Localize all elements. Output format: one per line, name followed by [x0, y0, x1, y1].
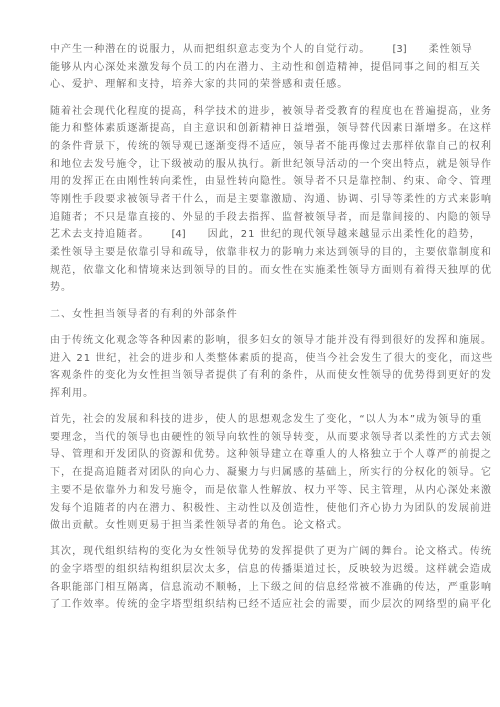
text-line: 进入 21 世纪，社会的进步和人类整体素质的提高，使当今社会发生了很大的变化，而…	[50, 350, 452, 368]
paragraph: 中产生一种潜在的说服力，从而把组织意志变为个人的自觉行动。[3]柔性领导 能够从…	[50, 41, 452, 94]
text-line: 艺术去支持追随者。[4]因此，21 世纪的现代领导越来越显示出柔性化的趋势，	[50, 226, 452, 244]
text-line: 发每个追随者的内在潜力、积极性、主动性以及创造性，使他们齐心协力为团队的发展前进	[50, 500, 452, 518]
text-line: 中产生一种潜在的说服力，从而把组织意志变为个人的自觉行动。[3]柔性领导	[50, 41, 452, 59]
paragraph: 首先，社会的发展和科技的进步，使人的思想观念发生了变化，“以人为本”成为领导的重…	[50, 411, 452, 535]
paragraph: 随着社会现代化程度的提高，科学技术的进步，被领导者受教育的程度也在普遍提高，业务…	[50, 103, 452, 298]
section-heading: 二、女性担当领导者的有利的外部条件	[50, 306, 452, 324]
heading-text: 二、女性担当领导者的有利的外部条件	[50, 306, 452, 324]
text-line: 等刚性手段要求被领导者干什么，而是主要靠激励、沟通、协调、引导等柔性的方式来影响	[50, 191, 452, 209]
text-line: 由于传统文化观念等各种因素的影响，很多妇女的领导才能并没有得到很好的发挥和施展。	[50, 332, 452, 350]
paragraph: 其次，现代组织结构的变化为女性领导优势的发挥提供了更为广阔的舞台。论文格式。传统…	[50, 543, 452, 614]
text-line: 做出贡献。女性则更易于担当柔性领导者的角色。论文格式。	[50, 517, 452, 535]
text-line: 用的发挥正在由刚性转向柔性，由显性转向隐性。领导者不只是靠控制、约束、命令、管理	[50, 173, 452, 191]
citation-ref: [4]	[171, 226, 185, 244]
text-line: 各职能部门相互隔离，信息流动不顺畅，上下级之间的信息经常被不准确的传达，严重影响	[50, 579, 452, 597]
text-line: 主要不是依靠外力和发号施令，而是依靠人性解放、权力平等、民主管理，从内心深处来激	[50, 482, 452, 500]
text-line: 能力和整体素质逐渐提高，自主意识和创新精神日益增强，领导替代因素日渐增多。在这样	[50, 120, 452, 138]
text-line: 的条件背景下，传统的领导观已逐渐变得不适应，领导者不能再像过去那样依靠自己的权利	[50, 138, 452, 156]
text-line: 势。	[50, 279, 452, 297]
text-line: 其次，现代组织结构的变化为女性领导优势的发挥提供了更为广阔的舞台。论文格式。传统	[50, 543, 452, 561]
text-line: 能够从内心深处来激发每个员工的内在潜力、主动性和创造精神，提倡同事之间的相互关	[50, 59, 452, 77]
text-line: 客观条件的变化为女性担当领导者提供了有利的条件，从而使女性领导的优势得到更好的发	[50, 367, 452, 385]
text-line: 规范，依靠文化和情境来达到领导的目的。而女性在实施柔性领导方面则有着得天独厚的优	[50, 262, 452, 280]
text-line: 和地位去发号施令，让下级被动的服从执行。新世纪领导活动的一个突出特点，就是领导作	[50, 156, 452, 174]
text-line: 要理念，当代的领导也由硬性的领导向软性的领导转变，从而要求领导者以柔性的方式去领	[50, 429, 452, 447]
text-line: 随着社会现代化程度的提高，科学技术的进步，被领导者受教育的程度也在普遍提高，业务	[50, 103, 452, 121]
text-line: 下，在提高追随者对团队的向心力、凝聚力与归属感的基础上，所实行的分权化的领导。它	[50, 464, 452, 482]
text-line: 了工作效率。传统的金字塔型组织结构已经不适应社会的需要，而少层次的网络型的扁平化	[50, 596, 452, 614]
text-line: 心、爱护、理解和支持，培养大家的共同的荣誉感和责任感。	[50, 76, 452, 94]
text-line: 导、管理和开发团队的资源和优势。这种领导建立在尊重人的人格独立于个人尊严的前提之	[50, 446, 452, 464]
text-line: 追随者；不只是靠直接的、外显的手段去指挥、监督被领导者，而是靠间接的、内隐的领导	[50, 209, 452, 227]
text-line: 挥利用。	[50, 385, 452, 403]
text-line: 首先，社会的发展和科技的进步，使人的思想观念发生了变化，“以人为本”成为领导的重	[50, 411, 452, 429]
paragraph: 由于传统文化观念等各种因素的影响，很多妇女的领导才能并没有得到很好的发挥和施展。…	[50, 332, 452, 403]
citation-ref: [3]	[392, 41, 406, 59]
text-line: 柔性领导主要是依靠引导和疏导，依靠非权力的影响力来达到领导的目的，主要依靠制度和	[50, 244, 452, 262]
document-page: 中产生一种潜在的说服力，从而把组织意志变为个人的自觉行动。[3]柔性领导 能够从…	[50, 41, 452, 623]
text-line: 的金字塔型的组织结构组织层次太多，信息的传播渠道过长，反映较为迟缓。这样就会造成	[50, 561, 452, 579]
